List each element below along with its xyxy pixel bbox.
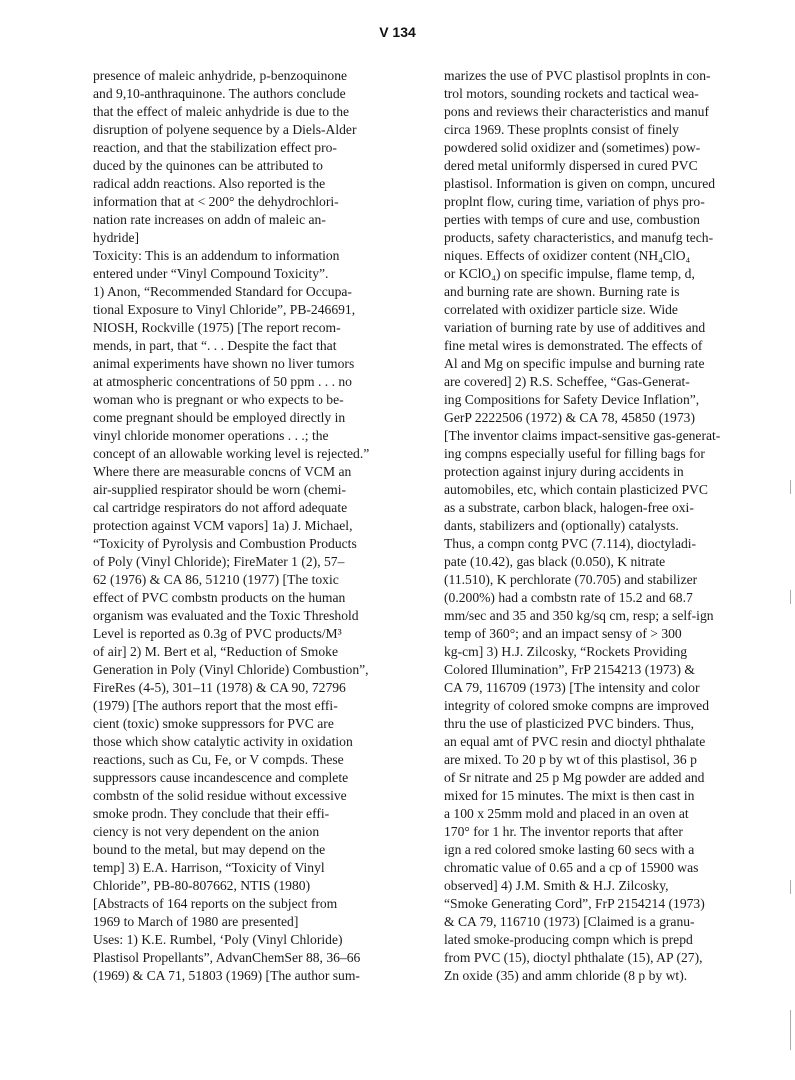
text-line: temp] 3) E.A. Harrison, “Toxicity of Vin…: [93, 859, 398, 877]
text-line: mm/sec and 35 and 350 kg/sq cm, resp; a …: [444, 607, 754, 625]
text-line: duced by the quinones can be attributed …: [93, 157, 398, 175]
text-line: circa 1969. These proplnts consist of fi…: [444, 121, 754, 139]
text-line: cal cartridge respirators do not afford …: [93, 499, 398, 517]
text-line: observed] 4) J.M. Smith & H.J. Zilcosky,: [444, 877, 754, 895]
text-line: protection against injury during acciden…: [444, 463, 754, 481]
text-line: those which show catalytic activity in o…: [93, 733, 398, 751]
text-line: air-supplied respirator should be worn (…: [93, 481, 398, 499]
text-line: powdered solid oxidizer and (sometimes) …: [444, 139, 754, 157]
text-line: and burning rate are shown. Burning rate…: [444, 283, 754, 301]
text-line: variation of burning rate by use of addi…: [444, 319, 754, 337]
text-line: reaction, and that the stabilization eff…: [93, 139, 398, 157]
text-line: automobiles, etc, which contain plastici…: [444, 481, 754, 499]
text-line: integrity of colored smoke compns are im…: [444, 697, 754, 715]
text-line: Thus, a compn contg PVC (7.114), dioctyl…: [444, 535, 754, 553]
text-line: hydride]: [93, 229, 398, 247]
text-line: GerP 2222506 (1972) & CA 78, 45850 (1973…: [444, 409, 754, 427]
text-line: pate (10.42), gas black (0.050), K nitra…: [444, 553, 754, 571]
text-line: ing compns especially useful for filling…: [444, 445, 754, 463]
text-line: an equal amt of PVC resin and dioctyl ph…: [444, 733, 754, 751]
text-line: fine metal wires is demonstrated. The ef…: [444, 337, 754, 355]
text-line: ciency is not very dependent on the anio…: [93, 823, 398, 841]
text-line: plastisol. Information is given on compn…: [444, 175, 754, 193]
text-line: information that at < 200° the dehydroch…: [93, 193, 398, 211]
text-line: bound to the metal, but may depend on th…: [93, 841, 398, 859]
text-line: NIOSH, Rockville (1975) [The report reco…: [93, 319, 398, 337]
text-line: chromatic value of 0.65 and a cp of 1590…: [444, 859, 754, 877]
text-line: and 9,10-anthraquinone. The authors conc…: [93, 85, 398, 103]
text-line: “Smoke Generating Cord”, FrP 2154214 (19…: [444, 895, 754, 913]
text-line: mixed for 15 minutes. The mixt is then c…: [444, 787, 754, 805]
text-line: radical addn reactions. Also reported is…: [93, 175, 398, 193]
text-line: of air] 2) M. Bert et al, “Reduction of …: [93, 643, 398, 661]
text-line: a 100 x 25mm mold and placed in an oven …: [444, 805, 754, 823]
text-line: Chloride”, PB-80-807662, NTIS (1980): [93, 877, 398, 895]
text-line: [The inventor claims impact-sensitive ga…: [444, 427, 754, 445]
text-line: proplnt flow, curing time, variation of …: [444, 193, 754, 211]
text-line: “Toxicity of Pyrolysis and Combustion Pr…: [93, 535, 398, 553]
margin-mark: [790, 480, 791, 494]
text-line: 1969 to March of 1980 are presented]: [93, 913, 398, 931]
text-line: entered under “Vinyl Compound Toxicity”.: [93, 265, 398, 283]
text-line: combstn of the solid residue without exc…: [93, 787, 398, 805]
text-line: Uses: 1) K.E. Rumbel, ‘Poly (Vinyl Chlor…: [93, 931, 398, 949]
margin-mark: [790, 880, 791, 894]
text-line: Where there are measurable concns of VCM…: [93, 463, 398, 481]
text-line: marizes the use of PVC plastisol proplnt…: [444, 67, 754, 85]
text-line: reactions, such as Cu, Fe, or V compds. …: [93, 751, 398, 769]
text-line: are covered] 2) R.S. Scheffee, “Gas-Gene…: [444, 373, 754, 391]
text-line: vinyl chloride monomer operations . . .;…: [93, 427, 398, 445]
text-line: dered metal uniformly dispersed in cured…: [444, 157, 754, 175]
text-line: perties with temps of cure and use, comb…: [444, 211, 754, 229]
text-line: dants, stabilizers and (optionally) cata…: [444, 517, 754, 535]
text-line: effect of PVC combstn products on the hu…: [93, 589, 398, 607]
text-line: organism was evaluated and the Toxic Thr…: [93, 607, 398, 625]
right-column: marizes the use of PVC plastisol proplnt…: [444, 67, 754, 985]
text-line: Al and Mg on specific impulse and burnin…: [444, 355, 754, 373]
text-line: [Abstracts of 164 reports on the subject…: [93, 895, 398, 913]
text-line: (11.510), K perchlorate (70.705) and sta…: [444, 571, 754, 589]
text-line: trol motors, sounding rockets and tactic…: [444, 85, 754, 103]
text-line: tional Exposure to Vinyl Chloride”, PB-2…: [93, 301, 398, 319]
text-line: smoke prodn. They conclude that their ef…: [93, 805, 398, 823]
text-line: 62 (1976) & CA 86, 51210 (1977) [The tox…: [93, 571, 398, 589]
text-line: Plastisol Propellants”, AdvanChemSer 88,…: [93, 949, 398, 967]
text-line: Colored Illumination”, FrP 2154213 (1973…: [444, 661, 754, 679]
text-line: presence of maleic anhydride, p-benzoqui…: [93, 67, 398, 85]
text-line: 170° for 1 hr. The inventor reports that…: [444, 823, 754, 841]
text-line: ign a red colored smoke lasting 60 secs …: [444, 841, 754, 859]
text-line: CA 79, 116709 (1973) [The intensity and …: [444, 679, 754, 697]
text-line: & CA 79, 116710 (1973) [Claimed is a gra…: [444, 913, 754, 931]
text-line: of Poly (Vinyl Chloride); FireMater 1 (2…: [93, 553, 398, 571]
page-number: V 134: [0, 24, 795, 40]
text-line: disruption of polyene sequence by a Diel…: [93, 121, 398, 139]
text-line: that the effect of maleic anhydride is d…: [93, 103, 398, 121]
text-line: or KClO₄) on specific impulse, flame tem…: [444, 265, 754, 283]
text-line: thru the use of plasticized PVC binders.…: [444, 715, 754, 733]
text-line: concept of an allowable working level is…: [93, 445, 398, 463]
text-line: 1) Anon, “Recommended Standard for Occup…: [93, 283, 398, 301]
text-line: animal experiments have shown no liver t…: [93, 355, 398, 373]
text-line: protection against VCM vapors] 1a) J. Mi…: [93, 517, 398, 535]
text-line: Toxicity: This is an addendum to informa…: [93, 247, 398, 265]
text-line: (1979) [The authors report that the most…: [93, 697, 398, 715]
text-line: Generation in Poly (Vinyl Chloride) Comb…: [93, 661, 398, 679]
text-line: come pregnant should be employed directl…: [93, 409, 398, 427]
text-line: correlated with oxidizer particle size. …: [444, 301, 754, 319]
text-line: are mixed. To 20 p by wt of this plastis…: [444, 751, 754, 769]
text-line: (0.200%) had a combstn rate of 15.2 and …: [444, 589, 754, 607]
text-line: niques. Effects of oxidizer content (NH₄…: [444, 247, 754, 265]
text-line: Zn oxide (35) and amm chloride (8 p by w…: [444, 967, 754, 985]
text-line: suppressors cause incandescence and comp…: [93, 769, 398, 787]
text-line: temp of 360°; and an impact sensy of > 3…: [444, 625, 754, 643]
text-line: cient (toxic) smoke suppressors for PVC …: [93, 715, 398, 733]
text-line: from PVC (15), dioctyl phthalate (15), A…: [444, 949, 754, 967]
text-line: pons and reviews their characteristics a…: [444, 103, 754, 121]
text-line: ing Compositions for Safety Device Infla…: [444, 391, 754, 409]
left-column: presence of maleic anhydride, p-benzoqui…: [93, 67, 398, 985]
text-line: FireRes (4-5), 301–11 (1978) & CA 90, 72…: [93, 679, 398, 697]
text-line: products, safety characteristics, and ma…: [444, 229, 754, 247]
margin-mark: [790, 1010, 791, 1050]
text-line: woman who is pregnant or who expects to …: [93, 391, 398, 409]
text-line: Level is reported as 0.3g of PVC product…: [93, 625, 398, 643]
text-line: mends, in part, that “. . . Despite the …: [93, 337, 398, 355]
text-line: as a substrate, carbon black, halogen-fr…: [444, 499, 754, 517]
text-line: of Sr nitrate and 25 p Mg powder are add…: [444, 769, 754, 787]
text-line: lated smoke-producing compn which is pre…: [444, 931, 754, 949]
text-line: kg-cm] 3) H.J. Zilcosky, “Rockets Provid…: [444, 643, 754, 661]
text-line: nation rate increases on addn of maleic …: [93, 211, 398, 229]
margin-mark: [790, 590, 791, 604]
text-line: at atmospheric concentrations of 50 ppm …: [93, 373, 398, 391]
text-line: (1969) & CA 71, 51803 (1969) [The author…: [93, 967, 398, 985]
